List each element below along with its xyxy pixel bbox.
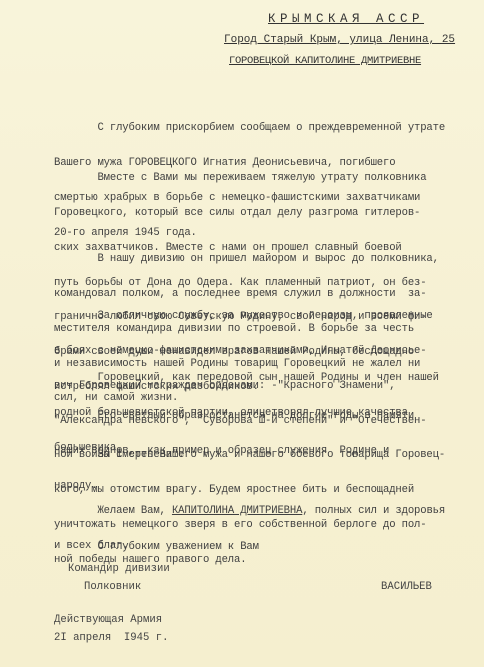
letter-page: КРЫМСКАЯ АССР Город Старый Крым, улица Л… — [0, 0, 484, 667]
addressee-line: ГОРОВЕЦКОЙ КАПИТОЛИНЕ ДМИТРИЕВНЕ — [229, 55, 484, 67]
addressee-name: КАПИТОЛИНА ДМИТРИЕВНА — [172, 505, 302, 517]
region-heading: КРЫМСКАЯ АССР — [268, 12, 484, 26]
footer-date: 2I апреля I945 г. — [54, 632, 168, 644]
signature-name: ВАСИЛЬЕВ — [381, 581, 432, 593]
signature-title-2: Полковник — [84, 581, 141, 593]
address-line: Город Старый Крым, улица Ленина, 25 — [224, 34, 484, 46]
signature-title-1: Командир дивизии — [68, 563, 170, 575]
footer-place: Действующая Армия — [54, 614, 162, 626]
